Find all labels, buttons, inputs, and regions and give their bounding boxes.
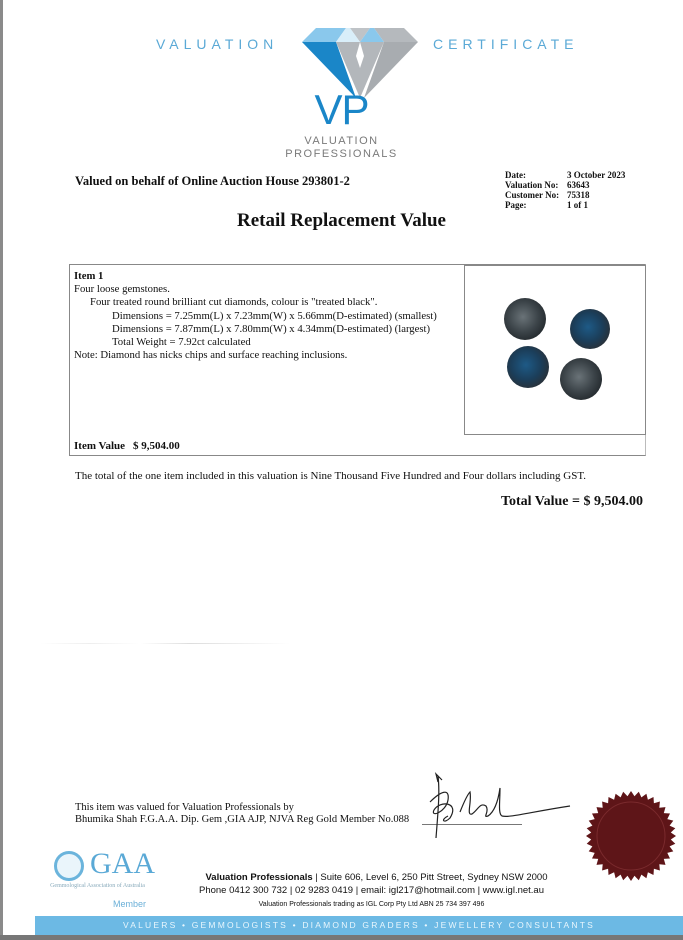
footer-address: Valuation Professionals | Suite 606, Lev… <box>0 872 683 883</box>
item-line: Four treated round brilliant cut diamond… <box>74 296 437 309</box>
scan-artifact <box>40 643 290 644</box>
meta-value: 3 October 2023 <box>567 170 625 180</box>
page-title: Retail Replacement Value <box>0 210 683 232</box>
item-line: Total Weight = 7.92ct calculated <box>74 336 437 349</box>
header-valuation: VALUATION <box>156 36 278 52</box>
meta-value: 1 of 1 <box>567 200 588 210</box>
meta-date: Date:3 October 2023 <box>505 170 625 180</box>
meta-valuation-no: Valuation No:63643 <box>505 180 625 190</box>
meta-label: Customer No: <box>505 190 567 200</box>
certificate-meta: Date:3 October 2023 Valuation No:63643 C… <box>505 170 625 210</box>
valuer-line-2: Bhumika Shah F.G.A.A. Dip. Gem ,GIA AJP,… <box>75 814 409 826</box>
total-description: The total of the one item included in th… <box>75 470 586 482</box>
item-line: Dimensions = 7.87mm(L) x 7.80mm(W) x 4.3… <box>74 323 437 336</box>
valuer-statement: This item was valued for Valuation Profe… <box>75 802 409 826</box>
meta-value: 75318 <box>567 190 590 200</box>
logo-sub-professionals: PROFESSIONALS <box>0 148 683 160</box>
footer-contact: Phone 0412 300 732 | 02 9283 0419 | emai… <box>0 885 683 896</box>
item-value-amount: $ 9,504.00 <box>133 440 180 452</box>
valuer-line-1: This item was valued for Valuation Profe… <box>75 802 409 814</box>
logo-sub-valuation: VALUATION <box>0 135 683 147</box>
scan-edge-bottom <box>0 935 683 940</box>
item-value: Item Value$ 9,504.00 <box>74 440 180 452</box>
item-box: Item 1 Four loose gemstones. Four treate… <box>69 264 646 456</box>
footer-band: VALUERS • GEMMOLOGISTS • DIAMOND GRADERS… <box>35 916 683 935</box>
meta-label: Page: <box>505 200 567 210</box>
valued-on-behalf: Valued on behalf of Online Auction House… <box>75 174 350 189</box>
meta-page: Page:1 of 1 <box>505 200 625 210</box>
seal-icon <box>583 790 679 882</box>
footer-trading: Valuation Professionals trading as IGL C… <box>0 901 683 908</box>
header-certificate: CERTIFICATE <box>433 36 579 52</box>
item-line: Note: Diamond has nicks chips and surfac… <box>74 349 437 362</box>
meta-customer-no: Customer No:75318 <box>505 190 625 200</box>
footer-company: Valuation Professionals <box>206 872 313 883</box>
footer-address-rest: | Suite 606, Level 6, 250 Pitt Street, S… <box>313 872 548 883</box>
item-line: Dimensions = 7.25mm(L) x 7.23mm(W) x 5.6… <box>74 310 437 323</box>
item-heading: Item 1 <box>74 270 437 283</box>
item-value-label: Item Value <box>74 440 125 452</box>
meta-label: Date: <box>505 170 567 180</box>
meta-value: 63643 <box>567 180 590 190</box>
logo-vp: VP <box>0 88 683 132</box>
meta-label: Valuation No: <box>505 180 567 190</box>
item-description: Item 1 Four loose gemstones. Four treate… <box>74 270 437 362</box>
gemstone-photo <box>464 265 646 435</box>
total-value: Total Value = $ 9,504.00 <box>501 494 643 510</box>
item-line: Four loose gemstones. <box>74 283 437 296</box>
signature-icon <box>420 772 590 842</box>
